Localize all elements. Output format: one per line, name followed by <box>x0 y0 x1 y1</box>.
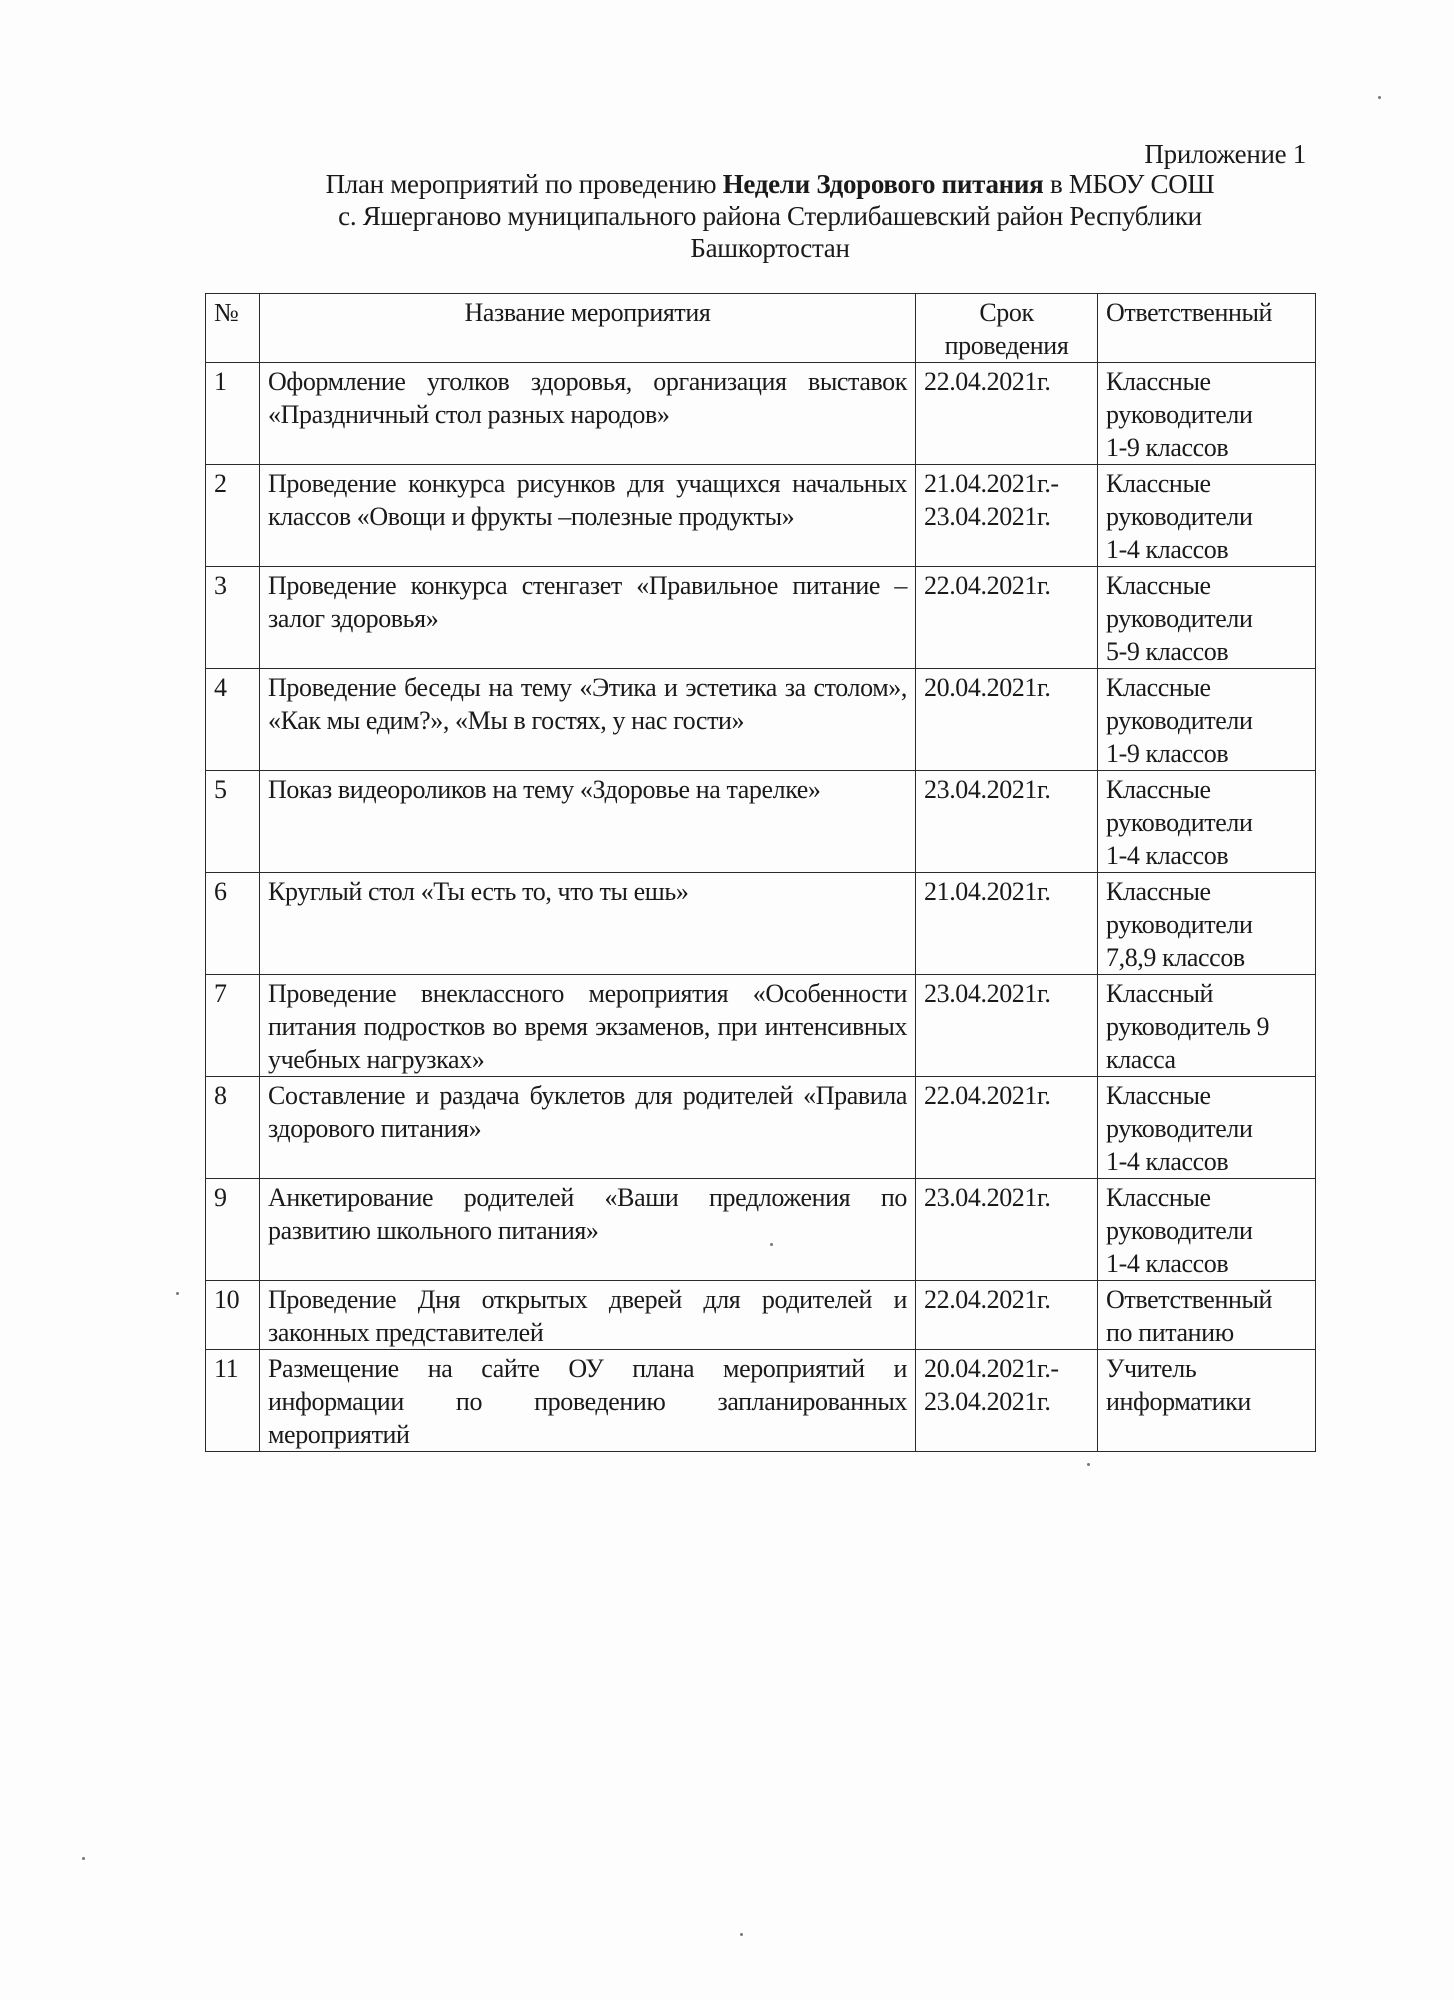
event-name: Проведение беседы на тему «Этика и эстет… <box>260 669 916 771</box>
row-number: 9 <box>206 1179 260 1281</box>
event-name: Составление и раздача буклетов для родит… <box>260 1077 916 1179</box>
row-number: 3 <box>206 567 260 669</box>
event-date: 21.04.2021г.-23.04.2021г. <box>916 465 1098 567</box>
event-date-line: 23.04.2021г. <box>924 500 1089 533</box>
event-name: Размещение на сайте ОУ плана мероприятий… <box>260 1350 916 1452</box>
event-date: 20.04.2021г.-23.04.2021г. <box>916 1350 1098 1452</box>
scan-speck <box>770 1243 773 1246</box>
event-date-line: 22.04.2021г. <box>924 569 1089 602</box>
event-date-line: 23.04.2021г. <box>924 1181 1089 1214</box>
event-date: 23.04.2021г. <box>916 975 1098 1077</box>
title-emphasis: Недели Здорового питания <box>723 169 1044 199</box>
row-number: 10 <box>206 1281 260 1350</box>
event-name: Оформление уголков здоровья, организация… <box>260 363 916 465</box>
header-date-line: Срок <box>924 296 1089 329</box>
event-name: Проведение Дня открытых дверей для родит… <box>260 1281 916 1350</box>
event-responsible-line: 1-4 классов <box>1106 533 1307 566</box>
event-date: 22.04.2021г. <box>916 1281 1098 1350</box>
event-date-line: 21.04.2021г.- <box>924 467 1089 500</box>
event-responsible-line: Классные <box>1106 365 1307 398</box>
row-number: 2 <box>206 465 260 567</box>
table-header-row: № Название мероприятия Срок проведения О… <box>206 294 1316 363</box>
event-responsible: Классныеруководители1-4 классов <box>1098 1179 1316 1281</box>
event-responsible: Классныеруководители1-4 классов <box>1098 771 1316 873</box>
event-date-line: 23.04.2021г. <box>924 773 1089 806</box>
title-line-3: Башкортостан <box>200 232 1340 264</box>
event-responsible-line: руководитель 9 <box>1106 1010 1307 1043</box>
header-responsible: Ответственный <box>1098 294 1316 363</box>
table-row: 2Проведение конкурса рисунков для учащих… <box>206 465 1316 567</box>
event-responsible: Классныеруководители5-9 классов <box>1098 567 1316 669</box>
scan-speck <box>176 1292 179 1295</box>
event-name: Показ видеороликов на тему «Здоровье на … <box>260 771 916 873</box>
event-responsible-line: Классный <box>1106 977 1307 1010</box>
event-responsible-line: по питанию <box>1106 1316 1307 1349</box>
event-date-line: 22.04.2021г. <box>924 1283 1089 1316</box>
header-number: № <box>206 294 260 363</box>
event-date: 21.04.2021г. <box>916 873 1098 975</box>
header-event-name: Название мероприятия <box>260 294 916 363</box>
event-responsible-line: Классные <box>1106 569 1307 602</box>
events-plan-table: № Название мероприятия Срок проведения О… <box>205 293 1316 1452</box>
event-date-line: 21.04.2021г. <box>924 875 1089 908</box>
event-responsible: Классныйруководитель 9класса <box>1098 975 1316 1077</box>
event-responsible: Классныеруководители1-4 классов <box>1098 465 1316 567</box>
event-responsible-line: руководители <box>1106 806 1307 839</box>
event-date: 22.04.2021г. <box>916 567 1098 669</box>
event-responsible-line: 1-4 классов <box>1106 1247 1307 1280</box>
event-responsible-line: 1-9 классов <box>1106 737 1307 770</box>
event-responsible-line: Классные <box>1106 1079 1307 1112</box>
scan-speck <box>82 1857 85 1860</box>
event-date: 22.04.2021г. <box>916 1077 1098 1179</box>
event-responsible-line: Классные <box>1106 671 1307 704</box>
event-responsible-line: 1-4 классов <box>1106 1145 1307 1178</box>
document-title: План мероприятий по проведению Недели Зд… <box>200 168 1340 264</box>
table-body: 1Оформление уголков здоровья, организаци… <box>206 363 1316 1452</box>
row-number: 5 <box>206 771 260 873</box>
event-responsible: Ответственныйпо питанию <box>1098 1281 1316 1350</box>
event-name: Круглый стол «Ты есть то, что ты ешь» <box>260 873 916 975</box>
event-responsible-line: информатики <box>1106 1385 1307 1418</box>
scan-speck <box>1378 96 1381 99</box>
event-responsible-line: класса <box>1106 1043 1307 1076</box>
table-row: 11Размещение на сайте ОУ плана мероприят… <box>206 1350 1316 1452</box>
event-responsible-line: 1-9 классов <box>1106 431 1307 464</box>
event-responsible-line: Классные <box>1106 1181 1307 1214</box>
event-responsible-line: руководители <box>1106 704 1307 737</box>
row-number: 11 <box>206 1350 260 1452</box>
event-date-line: 20.04.2021г. <box>924 671 1089 704</box>
event-responsible: Классныеруководители1-4 классов <box>1098 1077 1316 1179</box>
table-row: 8Составление и раздача буклетов для роди… <box>206 1077 1316 1179</box>
row-number: 8 <box>206 1077 260 1179</box>
event-responsible: Учительинформатики <box>1098 1350 1316 1452</box>
event-date-line: 22.04.2021г. <box>924 1079 1089 1112</box>
event-responsible: Классныеруководители7,8,9 классов <box>1098 873 1316 975</box>
event-name: Проведение конкурса рисунков для учащихс… <box>260 465 916 567</box>
scan-speck <box>1087 1463 1090 1466</box>
table-row: 5Показ видеороликов на тему «Здоровье на… <box>206 771 1316 873</box>
event-name: Анкетирование родителей «Ваши предложени… <box>260 1179 916 1281</box>
table-row: 10Проведение Дня открытых дверей для род… <box>206 1281 1316 1350</box>
event-responsible-line: руководители <box>1106 1112 1307 1145</box>
event-date: 23.04.2021г. <box>916 1179 1098 1281</box>
table-row: 6Круглый стол «Ты есть то, что ты ешь»21… <box>206 873 1316 975</box>
event-responsible-line: руководители <box>1106 500 1307 533</box>
table-row: 7Проведение внеклассного мероприятия «Ос… <box>206 975 1316 1077</box>
event-date-line: 23.04.2021г. <box>924 977 1089 1010</box>
scan-speck <box>740 1933 743 1936</box>
event-responsible-line: Классные <box>1106 773 1307 806</box>
event-responsible: Классныеруководители1-9 классов <box>1098 363 1316 465</box>
event-date-line: 23.04.2021г. <box>924 1385 1089 1418</box>
row-number: 6 <box>206 873 260 975</box>
table-row: 4Проведение беседы на тему «Этика и эсте… <box>206 669 1316 771</box>
row-number: 1 <box>206 363 260 465</box>
row-number: 7 <box>206 975 260 1077</box>
table-row: 3Проведение конкурса стенгазет «Правильн… <box>206 567 1316 669</box>
title-text: План мероприятий по проведению <box>326 169 723 199</box>
event-name: Проведение внеклассного мероприятия «Осо… <box>260 975 916 1077</box>
event-date-line: 20.04.2021г.- <box>924 1352 1089 1385</box>
title-line-1: План мероприятий по проведению Недели Зд… <box>200 168 1340 200</box>
event-responsible-line: Ответственный <box>1106 1283 1307 1316</box>
event-date: 22.04.2021г. <box>916 363 1098 465</box>
title-text: в МБОУ СОШ <box>1044 169 1215 199</box>
table-row: 1Оформление уголков здоровья, организаци… <box>206 363 1316 465</box>
event-date-line: 22.04.2021г. <box>924 365 1089 398</box>
event-responsible-line: руководители <box>1106 398 1307 431</box>
event-name: Проведение конкурса стенгазет «Правильно… <box>260 567 916 669</box>
title-line-2: с. Яшерганово муниципального района Стер… <box>200 200 1340 232</box>
event-responsible-line: 1-4 классов <box>1106 839 1307 872</box>
table-row: 9Анкетирование родителей «Ваши предложен… <box>206 1179 1316 1281</box>
event-responsible-line: руководители <box>1106 908 1307 941</box>
header-date: Срок проведения <box>916 294 1098 363</box>
event-responsible: Классныеруководители1-9 классов <box>1098 669 1316 771</box>
event-responsible-line: руководители <box>1106 602 1307 635</box>
scanned-page: Приложение 1 План мероприятий по проведе… <box>0 0 1454 2000</box>
header-date-line: проведения <box>924 329 1089 362</box>
event-responsible-line: 7,8,9 классов <box>1106 941 1307 974</box>
event-date: 23.04.2021г. <box>916 771 1098 873</box>
event-responsible-line: руководители <box>1106 1214 1307 1247</box>
appendix-label: Приложение 1 <box>1144 139 1306 169</box>
event-responsible-line: Учитель <box>1106 1352 1307 1385</box>
row-number: 4 <box>206 669 260 771</box>
event-responsible-line: Классные <box>1106 467 1307 500</box>
event-date: 20.04.2021г. <box>916 669 1098 771</box>
event-responsible-line: Классные <box>1106 875 1307 908</box>
event-responsible-line: 5-9 классов <box>1106 635 1307 668</box>
